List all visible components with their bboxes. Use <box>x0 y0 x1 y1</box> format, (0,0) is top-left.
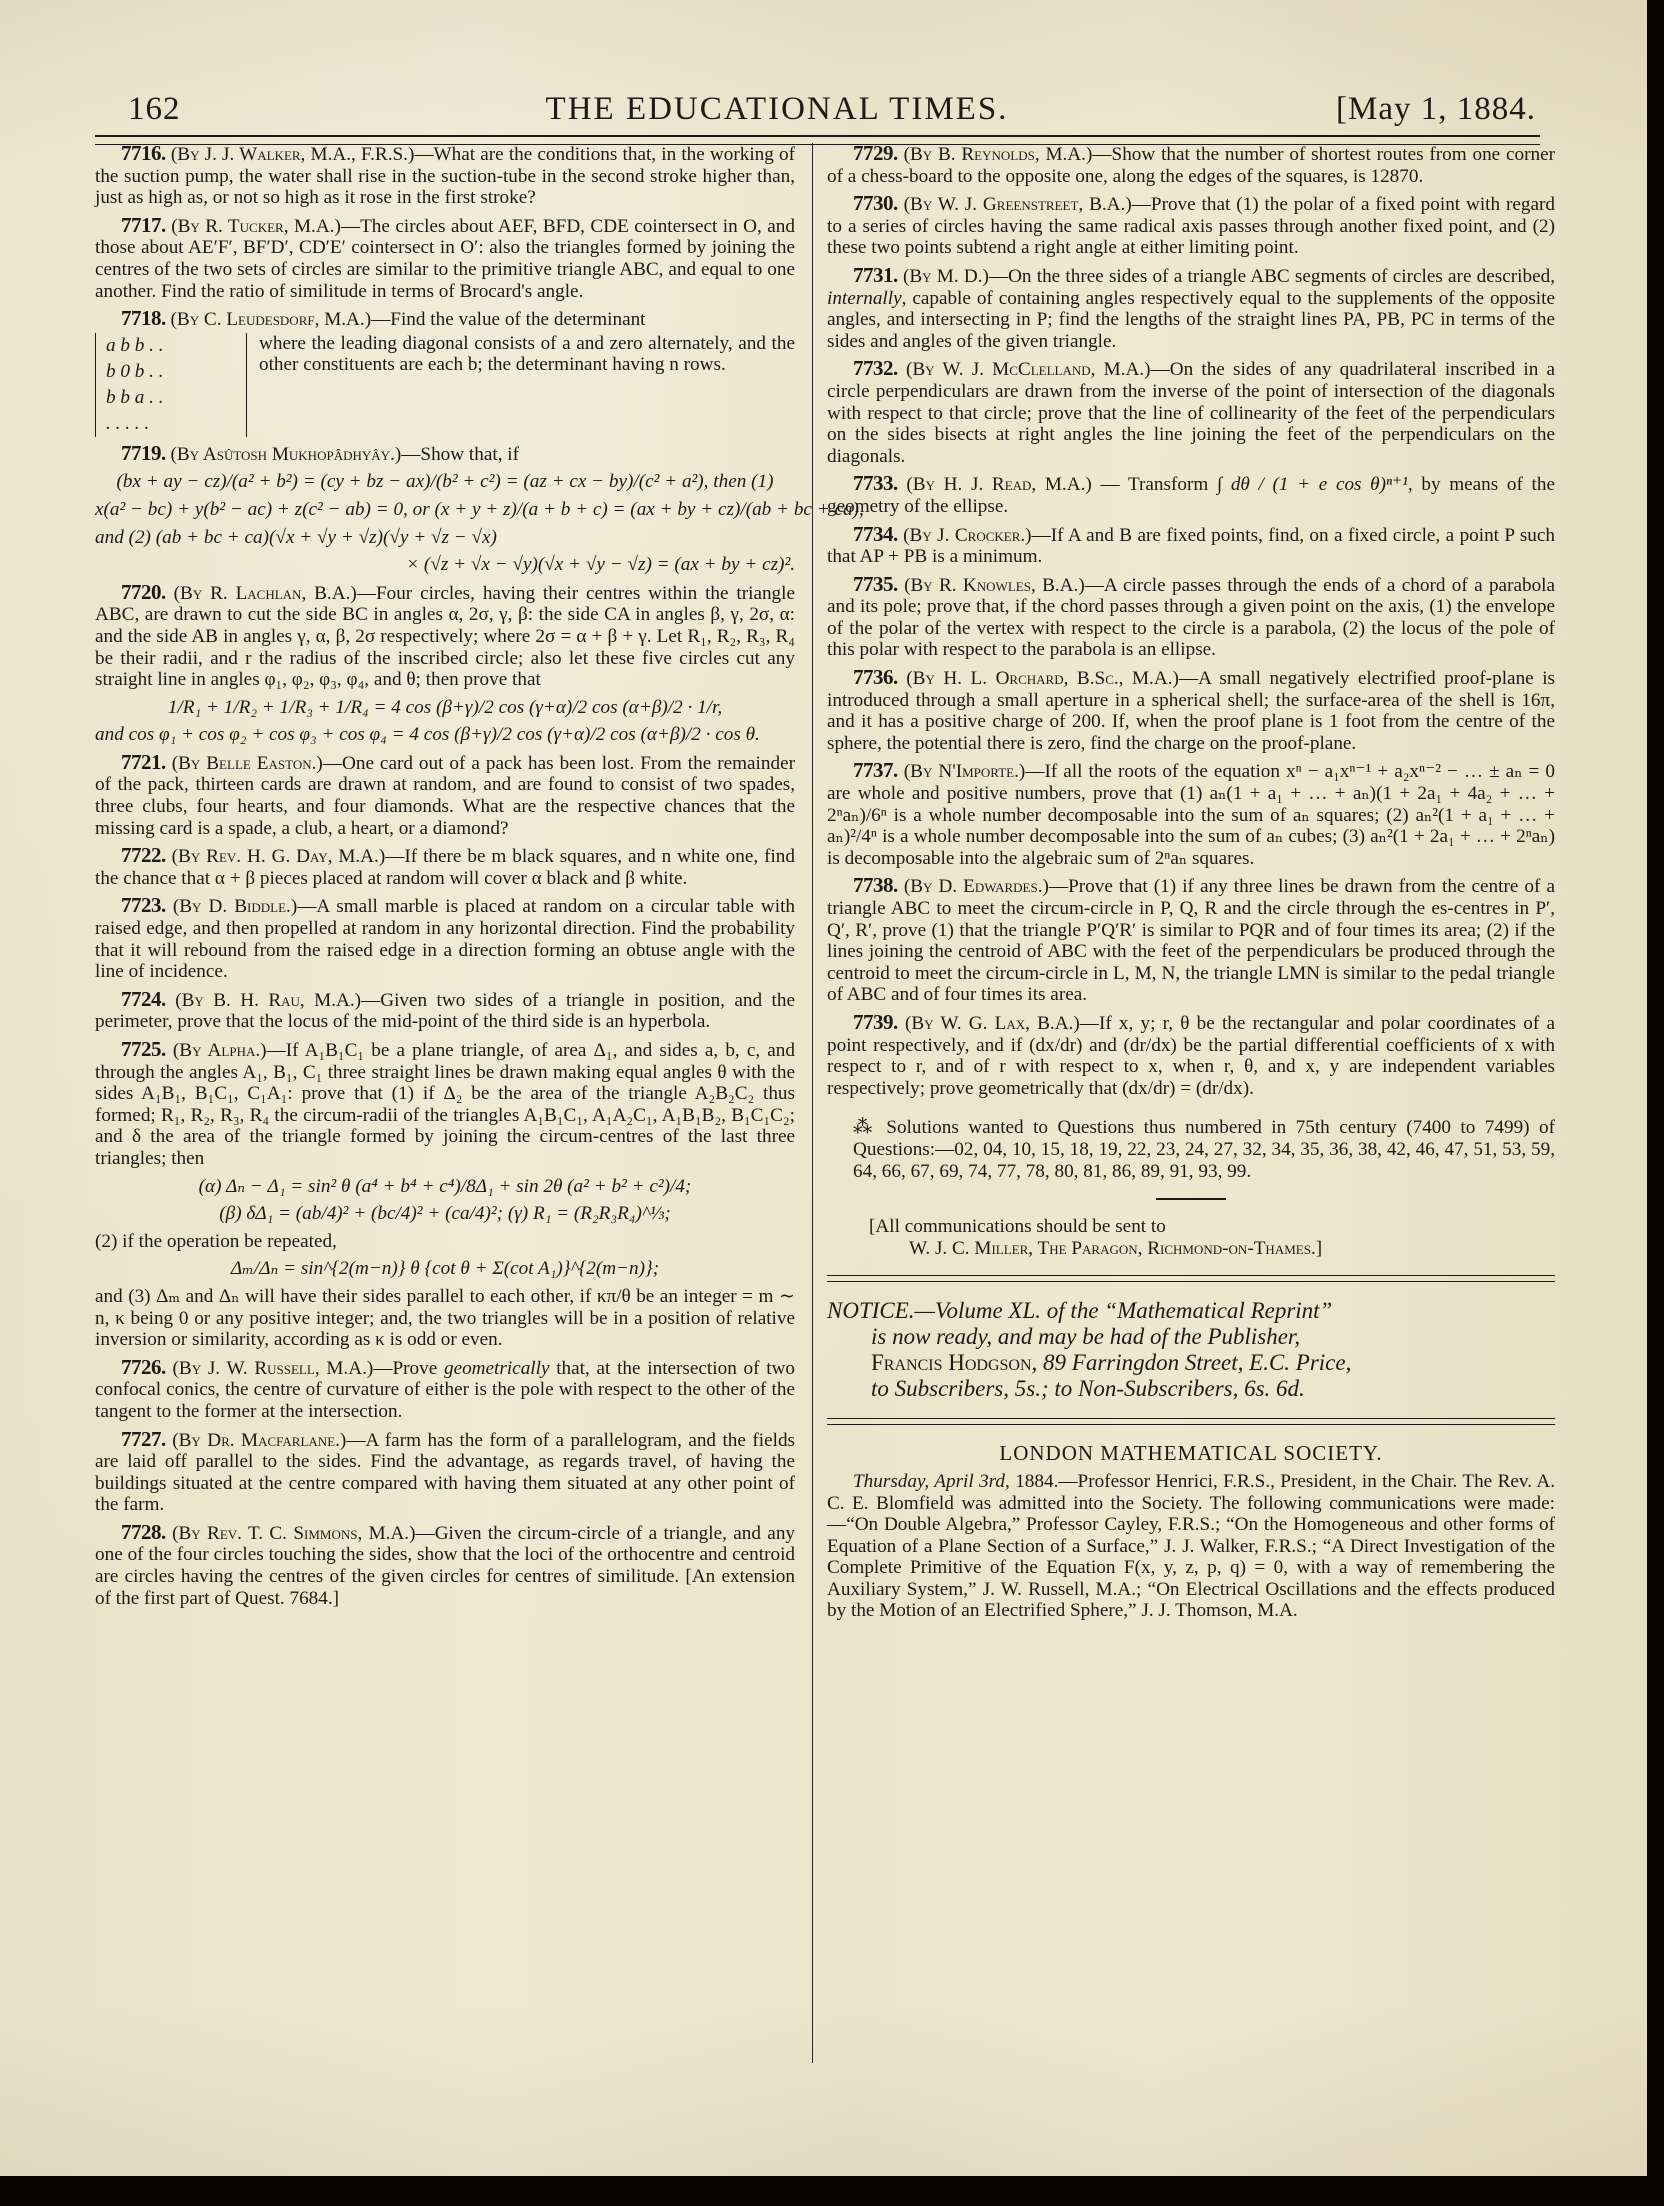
question-text: —On the three sides of a triangle ABC se… <box>989 266 1555 287</box>
equation-m: Δₘ/Δₙ = sin^{2(m−n)} θ {cot θ + Σ(cot A₁… <box>95 1258 795 1280</box>
short-divider <box>1156 1198 1226 1200</box>
communications-address: W. J. C. Miller, The Paragon, Richmond-o… <box>869 1238 1555 1260</box>
question-author: (By R. Knowles, B.A.) <box>904 575 1085 596</box>
question-author: (By J. W. Russell, M.A.) <box>173 1358 374 1379</box>
question-number: 7723. <box>95 893 166 917</box>
question-author: (By B. Reynolds, M.A.) <box>904 144 1093 165</box>
question-author: (By W. G. Lax, B.A.) <box>905 1013 1080 1034</box>
question-number: 7719. <box>95 441 166 465</box>
question-number: 7737. <box>827 758 898 782</box>
question-author: (By R. Lachlan, B.A.) <box>174 583 357 604</box>
question-text: — Transform <box>1092 474 1217 495</box>
question-author: (By W. J. McClelland, M.A.) <box>906 359 1151 380</box>
double-divider <box>827 1275 1555 1282</box>
determinant-description: where the leading diagonal consists of a… <box>247 333 795 437</box>
left-column: 7716. (By J. J. Walker, M.A., F.R.S.)—Wh… <box>95 143 795 1615</box>
matrix-row: a b b . . <box>106 333 236 359</box>
question-author: (By Belle Easton.) <box>172 753 323 774</box>
question-author: (By W. J. Greenstreet, B.A.) <box>904 194 1132 215</box>
question-number: 7728. <box>95 1520 166 1544</box>
question-7724: 7724. (By B. H. Rau, M.A.)—Given two sid… <box>95 989 795 1033</box>
question-number: 7724. <box>95 987 166 1011</box>
question-author: (By H. J. Read, M.A.) <box>906 474 1091 495</box>
question-number: 7716. <box>95 141 166 165</box>
question-number: 7718. <box>95 306 166 330</box>
question-7735: 7735. (By R. Knowles, B.A.)—A circle pas… <box>827 574 1555 661</box>
question-text: (2) if the operation be repeated, <box>95 1231 795 1253</box>
question-author: (By B. H. Rau, M.A.) <box>175 990 361 1011</box>
notice-line: Francis Hodgson, 89 Farringdon Street, E… <box>827 1350 1555 1376</box>
question-author: (By H. L. Orchard, B.Sc., M.A.) <box>906 668 1179 689</box>
determinant-matrix: a b b . . b 0 b . . b b a . . . . . . . <box>95 333 247 437</box>
communications-notice: [All communications should be sent to W.… <box>827 1216 1555 1259</box>
question-7731: 7731. (By M. D.)—On the three sides of a… <box>827 265 1555 352</box>
matrix-row: . . . . . <box>106 411 236 437</box>
notice-line: NOTICE.—Volume XL. of the “Mathematical … <box>827 1298 1332 1323</box>
question-author: (By C. Leudesdorf, M.A.) <box>171 309 372 330</box>
question-7726: 7726. (By J. W. Russell, M.A.)—Prove geo… <box>95 1357 795 1423</box>
question-number: 7725. <box>95 1037 166 1061</box>
question-number: 7738. <box>827 873 898 897</box>
question-number: 7727. <box>95 1427 166 1451</box>
question-number: 7735. <box>827 572 898 596</box>
question-number: 7717. <box>95 213 166 237</box>
notice-line: to Subscribers, 5s.; to Non-Subscribers,… <box>827 1376 1555 1402</box>
question-7719: 7719. (By Asûtosh Mukhopâdhyây.)—Show th… <box>95 443 795 576</box>
equation: x(a² − bc) + y(b² − ac) + z(c² − ab) = 0… <box>95 499 795 521</box>
question-number: 7720. <box>95 580 166 604</box>
question-text: and (3) Δₘ and Δₙ will have their sides … <box>95 1286 795 1351</box>
question-7718: 7718. (By C. Leudesdorf, M.A.)—Find the … <box>95 308 795 437</box>
question-author: (By Dr. Macfarlane.) <box>172 1430 346 1451</box>
question-author: (By N'Importe.) <box>904 761 1025 782</box>
question-number: 7730. <box>827 191 898 215</box>
newspaper-page: 162 THE EDUCATIONAL TIMES. [May 1, 1884.… <box>0 0 1647 2176</box>
question-7730: 7730. (By W. J. Greenstreet, B.A.)—Prove… <box>827 193 1555 259</box>
question-text: —Prove <box>373 1358 444 1379</box>
question-7727: 7727. (By Dr. Macfarlane.)—A farm has th… <box>95 1429 795 1516</box>
question-7716: 7716. (By J. J. Walker, M.A., F.R.S.)—Wh… <box>95 143 795 209</box>
question-7723: 7723. (By D. Biddle.)—A small marble is … <box>95 895 795 982</box>
question-number: 7736. <box>827 665 898 689</box>
equation-alpha: (α) Δₙ − Δ₁ = sin² θ (a⁴ + b⁴ + c⁴)/8Δ₁ … <box>95 1176 795 1198</box>
communications-line: [All communications should be sent to <box>869 1216 1555 1238</box>
equation-beta-gamma: (β) δΔ₁ = (ab/4)² + (bc/4)² + (ca/4)²; (… <box>95 1203 795 1225</box>
question-number: 7731. <box>827 263 898 287</box>
publisher-name: Francis Hodgson <box>871 1350 1032 1375</box>
question-7736: 7736. (By H. L. Orchard, B.Sc., M.A.)—A … <box>827 667 1555 754</box>
question-number: 7726. <box>95 1355 166 1379</box>
society-heading: LONDON MATHEMATICAL SOCIETY. <box>827 1443 1555 1465</box>
equation: and (2) (ab + bc + ca)(√x + √y + √z)(√y … <box>95 527 795 549</box>
question-7739: 7739. (By W. G. Lax, B.A.)—If x, y; r, θ… <box>827 1012 1555 1099</box>
question-7729: 7729. (By B. Reynolds, M.A.)—Show that t… <box>827 143 1555 187</box>
question-7721: 7721. (By Belle Easton.)—One card out of… <box>95 752 795 839</box>
question-7717: 7717. (By R. Tucker, M.A.)—The circles a… <box>95 215 795 302</box>
question-number: 7732. <box>827 356 898 380</box>
equation: (bx + ay − cz)/(a² + b²) = (cy + bz − ax… <box>95 471 795 493</box>
question-author: (By J. J. Walker, M.A., F.R.S.) <box>171 144 414 165</box>
question-author: (By D. Biddle.) <box>173 896 297 917</box>
question-7733: 7733. (By H. J. Read, M.A.) — Transform … <box>827 473 1555 517</box>
question-number: 7722. <box>95 843 166 867</box>
masthead: 162 THE EDUCATIONAL TIMES. [May 1, 1884. <box>128 82 1536 128</box>
question-author: (By R. Tucker, M.A.) <box>171 216 341 237</box>
determinant-block: a b b . . b 0 b . . b b a . . . . . . . … <box>95 333 795 437</box>
matrix-row: b 0 b . . <box>106 359 236 385</box>
equation: 1/R₁ + 1/R₂ + 1/R₃ + 1/R₄ = 4 cos (β+γ)/… <box>95 697 795 719</box>
integral-expression: ∫ dθ / (1 + e cos θ)ⁿ⁺¹, <box>1217 474 1413 495</box>
society-text: 1884.—Professor Henrici, F.R.S., Preside… <box>827 1471 1555 1622</box>
double-divider <box>827 1418 1555 1425</box>
question-text: , capable of containing angles respectiv… <box>827 288 1555 352</box>
question-text: —Find the value of the determinant <box>371 309 645 330</box>
society-report: Thursday, April 3rd, 1884.—Professor Hen… <box>827 1471 1555 1622</box>
question-7738: 7738. (By D. Edwardes.)—Prove that (1) i… <box>827 875 1555 1006</box>
equation: × (√z + √x − √y)(√x + √y − √z) = (ax + b… <box>95 554 795 576</box>
question-number: 7734. <box>827 522 898 546</box>
publication-title: THE EDUCATIONAL TIMES. <box>546 91 1009 128</box>
meeting-date: Thursday, April 3rd, <box>853 1471 1010 1492</box>
question-author: (By Asûtosh Mukhopâdhyây.) <box>171 444 402 465</box>
reprint-notice: NOTICE.—Volume XL. of the “Mathematical … <box>827 1298 1555 1402</box>
question-author: (By Rev. H. G. Day, M.A.) <box>172 846 386 867</box>
page-number: 162 <box>128 91 248 128</box>
question-author: (By Alpha.) <box>173 1040 267 1061</box>
question-7725: 7725. (By Alpha.)—If A₁B₁C₁ be a plane t… <box>95 1039 795 1351</box>
question-7720: 7720. (By R. Lachlan, B.A.)—Four circles… <box>95 582 795 746</box>
question-text: —Show that, if <box>401 444 519 465</box>
equation: and cos φ₁ + cos φ₂ + cos φ₃ + cos φ₄ = … <box>95 724 795 746</box>
question-author: (By D. Edwardes.) <box>904 876 1049 897</box>
issue-date: [May 1, 1884. <box>1306 91 1536 128</box>
notice-line: is now ready, and may be had of the Publ… <box>827 1324 1555 1350</box>
question-author: (By M. D.) <box>903 266 989 287</box>
question-7732: 7732. (By W. J. McClelland, M.A.)—On the… <box>827 358 1555 467</box>
question-7737: 7737. (By N'Importe.)—If all the roots o… <box>827 760 1555 869</box>
question-number: 7739. <box>827 1010 898 1034</box>
question-text-italic: internally <box>827 288 902 309</box>
question-number: 7729. <box>827 141 898 165</box>
solutions-wanted-note: ⁂ Solutions wanted to Questions thus num… <box>827 1117 1555 1182</box>
question-7728: 7728. (By Rev. T. C. Simmons, M.A.)—Give… <box>95 1522 795 1609</box>
question-author: (By Rev. T. C. Simmons, M.A.) <box>172 1523 415 1544</box>
question-7722: 7722. (By Rev. H. G. Day, M.A.)—If there… <box>95 845 795 889</box>
matrix-row: b b a . . <box>106 385 236 411</box>
notice-address: , 89 Farringdon Street, E.C. Price, <box>1032 1350 1352 1375</box>
question-text-italic: geometrically <box>444 1358 550 1379</box>
question-7734: 7734. (By J. Crocker.)—If A and B are fi… <box>827 524 1555 568</box>
question-number: 7733. <box>827 471 898 495</box>
question-author: (By J. Crocker.) <box>903 525 1031 546</box>
question-number: 7721. <box>95 750 166 774</box>
right-column: 7729. (By B. Reynolds, M.A.)—Show that t… <box>812 143 1555 2063</box>
